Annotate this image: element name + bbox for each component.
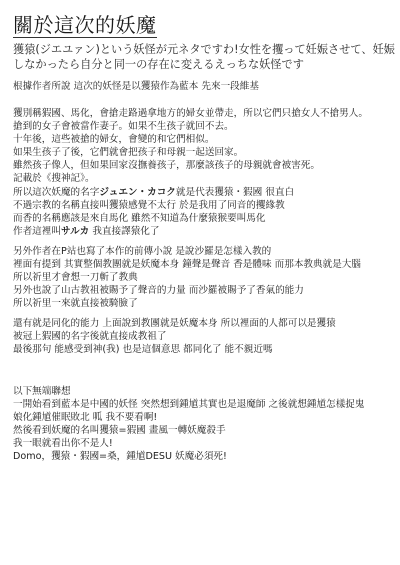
text-line: 另外也說了山古教祖被賜予了聲音的力量 而沙羅被賜予了香氣的能力 <box>13 284 361 297</box>
text-line: 不過宗教的名稱直接叫玃猿感覺不太行 於是我用了同音的攫緣教 <box>13 199 294 212</box>
text-line: 而香的名稱應該是來自馬化 雖然不知道為什麼猿猴要叫馬化 <box>13 212 294 225</box>
text-line: 搶到的女子會被當作妻子。如果不生孩子就回不去。 <box>13 120 368 133</box>
text-line: 記載於《搜神記》。 <box>13 172 368 185</box>
text-line: 根據作者所說 這次的妖怪是以玃猿作為藍本 先來一段維基 <box>13 80 259 93</box>
text-line: 如果生孩子了後，它們就會把孩子和母親一起送回家。 <box>13 146 368 159</box>
intro-line: 獲猿(ジエユァン)という妖怪が元ネタですわ!女性を攫って妊娠させて、妊娠 <box>13 42 393 57</box>
text-segment: 作者這裡叫 <box>13 226 61 237</box>
text-line: 雖然孩子像人，但如果回家沒撫養孩子，那麼該孩子的母親就會被害死。 <box>13 159 368 172</box>
text-segment: 所以這次妖魔的名字 <box>13 187 99 198</box>
text-line: 被冠上猳國的名字後就直接成教祖了 <box>13 330 336 343</box>
text-line: 以下無端聯想 <box>13 385 364 398</box>
section-source-note: 根據作者所說 這次的妖怪是以玃猿作為藍本 先來一段維基 <box>13 80 259 93</box>
text-line: 我一眼就看出你不是人! <box>13 437 364 450</box>
section-wiki-quote: 玃別稱猳國、馬化，會搶走路過拿地方的婦女並帶走，所以它們只搶女人不搶男人。 搶到… <box>13 107 368 185</box>
section-name-origin: 所以這次妖魔的名字ジュエン・カコク就是代表玃猿・猳國 很直白 不過宗教的名稱直接… <box>13 186 294 238</box>
text-line: 還有就是同化的能力 上面說到教團就是妖魔本身 所以裡面的人都可以是玃猿 <box>13 317 336 330</box>
text-line: 裡面有提到 其實整個教團就是妖魔本身 鐘聲是聲音 香是體味 而那本教典就是大腦 <box>13 258 361 271</box>
text-line: 娘化鍾馗催眠敗北 呱 我不要看啊! <box>13 411 364 424</box>
text-line: 十年後，這些被搶的婦女，會變的和它們相似。 <box>13 133 368 146</box>
page-title: 關於這次的妖魔 <box>13 14 157 38</box>
intro-line: しなかったら自分と同一の存在に変えるえっちな妖怪です <box>13 57 393 72</box>
text-line: 玃別稱猳國、馬化，會搶走路過拿地方的婦女並帶走，所以它們只搶女人不搶男人。 <box>13 107 368 120</box>
text-line: Domo，玃猿・猳國=桑，鍾馗DESU 妖魔必須死! <box>13 450 364 463</box>
text-line: 另外作者在P站也寫了本作的前傳小說 是說沙羅是怎樣入教的 <box>13 245 361 258</box>
text-segment: 就是代表玃猿・猳國 很直白 <box>176 187 294 198</box>
section-assimilation: 還有就是同化的能力 上面說到教團就是妖魔本身 所以裡面的人都可以是玃猿 被冠上猳… <box>13 317 336 356</box>
text-line: 一開始看到藍本是中國的妖怪 突然想到鍾馗其實也是退魔師 之後就想鍾馗怎樣捉鬼 <box>13 398 364 411</box>
intro-japanese: 獲猿(ジエユァン)という妖怪が元ネタですわ!女性を攫って妊娠させて、妊娠 しなか… <box>13 42 393 72</box>
section-prequel-novel: 另外作者在P站也寫了本作的前傳小說 是說沙羅是怎樣入教的 裡面有提到 其實整個教… <box>13 245 361 310</box>
text-segment: 我直接譯猿化了 <box>89 226 159 237</box>
highlighted-name: ジュエン・カコク <box>99 187 176 198</box>
section-random-thoughts: 以下無端聯想 一開始看到藍本是中國的妖怪 突然想到鍾馗其實也是退魔師 之後就想鍾… <box>13 385 364 463</box>
text-line: 最後那句 能感受到神(我) 也是這個意思 都同化了 能不親近嗎 <box>13 343 336 356</box>
highlighted-name: サルカ <box>61 226 89 237</box>
text-line: 然後看到妖魔的名叫玃猿=猳國 畫風一轉妖魔殺手 <box>13 424 364 437</box>
text-line: 作者這裡叫サルカ 我直接譯猿化了 <box>13 225 294 238</box>
text-line: 所以這次妖魔的名字ジュエン・カコク就是代表玃猿・猳國 很直白 <box>13 186 294 199</box>
text-line: 所以祈里才會想一刀斬了教典 <box>13 271 361 284</box>
text-line: 所以祈里一來就直接被騎臉了 <box>13 297 361 310</box>
